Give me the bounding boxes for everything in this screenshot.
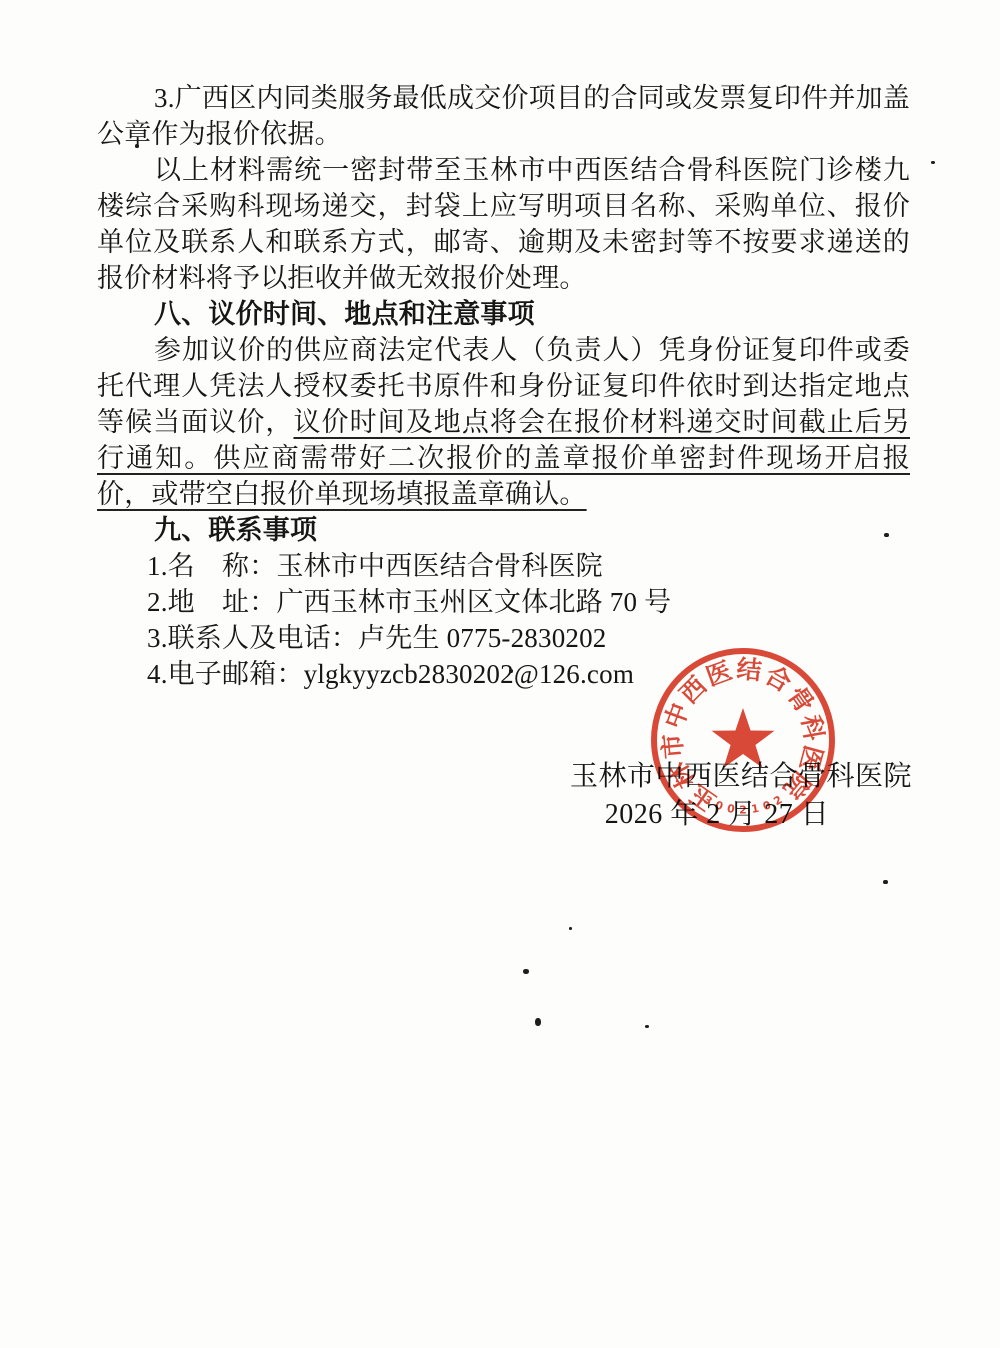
- official-seal: 玉林市中西医结合骨科医院 3002102: [651, 648, 835, 832]
- scan-speck: [931, 161, 935, 164]
- text-run: 3.广西区内同类服务最低成交价项目的合同或发票复印件并加盖公章作为报价依据。: [97, 83, 910, 149]
- scan-stray-mark: 、: [514, 256, 538, 280]
- seal-code-digit: 2: [771, 793, 784, 808]
- scanned-document-page: 3.广西区内同类服务最低成交价项目的合同或发票复印件并加盖公章作为报价依据。以上…: [0, 0, 1000, 1348]
- document-body: 3.广西区内同类服务最低成交价项目的合同或发票复印件并加盖公章作为报价依据。以上…: [97, 80, 910, 692]
- seal-code-digit: 2: [739, 804, 747, 817]
- seal-code-digit: 0: [761, 798, 773, 813]
- paragraph: 参加议价的供应商法定代表人（负责人）凭身份证复印件或委托代理人凭法人授权委托书原…: [97, 332, 910, 512]
- section-heading: 八、议价时间、地点和注意事项: [97, 296, 910, 332]
- seal-code-digit: 0: [713, 798, 725, 813]
- paragraph: 以上材料需统一密封带至玉林市中西医结合骨科医院门诊楼九楼综合采购科现场递交，封袋…: [97, 152, 910, 296]
- scan-speck: [353, 321, 357, 325]
- scan-speck: [569, 927, 572, 930]
- seal-code-digit: 3: [701, 793, 714, 808]
- scan-speck: [883, 880, 888, 884]
- scan-speck: [523, 969, 529, 974]
- text-run: 八、议价时间、地点和注意事项: [154, 299, 535, 329]
- text-run: 3.联系人及电话：卢先生 0775-2830202: [147, 623, 607, 653]
- paragraph: 1.名 称：玉林市中西医结合骨科医院: [97, 548, 910, 584]
- text-run: 1.名 称：玉林市中西医结合骨科医院: [147, 551, 603, 581]
- text-run: 以上材料需统一密封带至玉林市中西医结合骨科医院门诊楼九楼综合采购科现场递交，封袋…: [97, 155, 910, 293]
- scan-speck: [135, 144, 139, 148]
- section-heading: 九、联系事项: [97, 512, 910, 548]
- seal-code: 3002102: [651, 648, 835, 832]
- scan-speck: [645, 1025, 649, 1028]
- seal-code-digit: 0: [726, 802, 736, 816]
- paragraph: 3.广西区内同类服务最低成交价项目的合同或发票复印件并加盖公章作为报价依据。: [97, 80, 910, 152]
- seal-code-digit: 1: [750, 802, 760, 816]
- text-run: 4.电子邮箱：ylgkyyzcb2830202@126.com: [147, 659, 634, 689]
- scan-speck: [884, 533, 889, 537]
- scan-speck: [509, 669, 513, 673]
- text-run: 2.地 址：广西玉林市玉州区文体北路 70 号: [147, 587, 671, 617]
- paragraph: 2.地 址：广西玉林市玉州区文体北路 70 号: [97, 584, 910, 620]
- scan-speck: [535, 1018, 541, 1026]
- text-run: 九、联系事项: [154, 515, 317, 545]
